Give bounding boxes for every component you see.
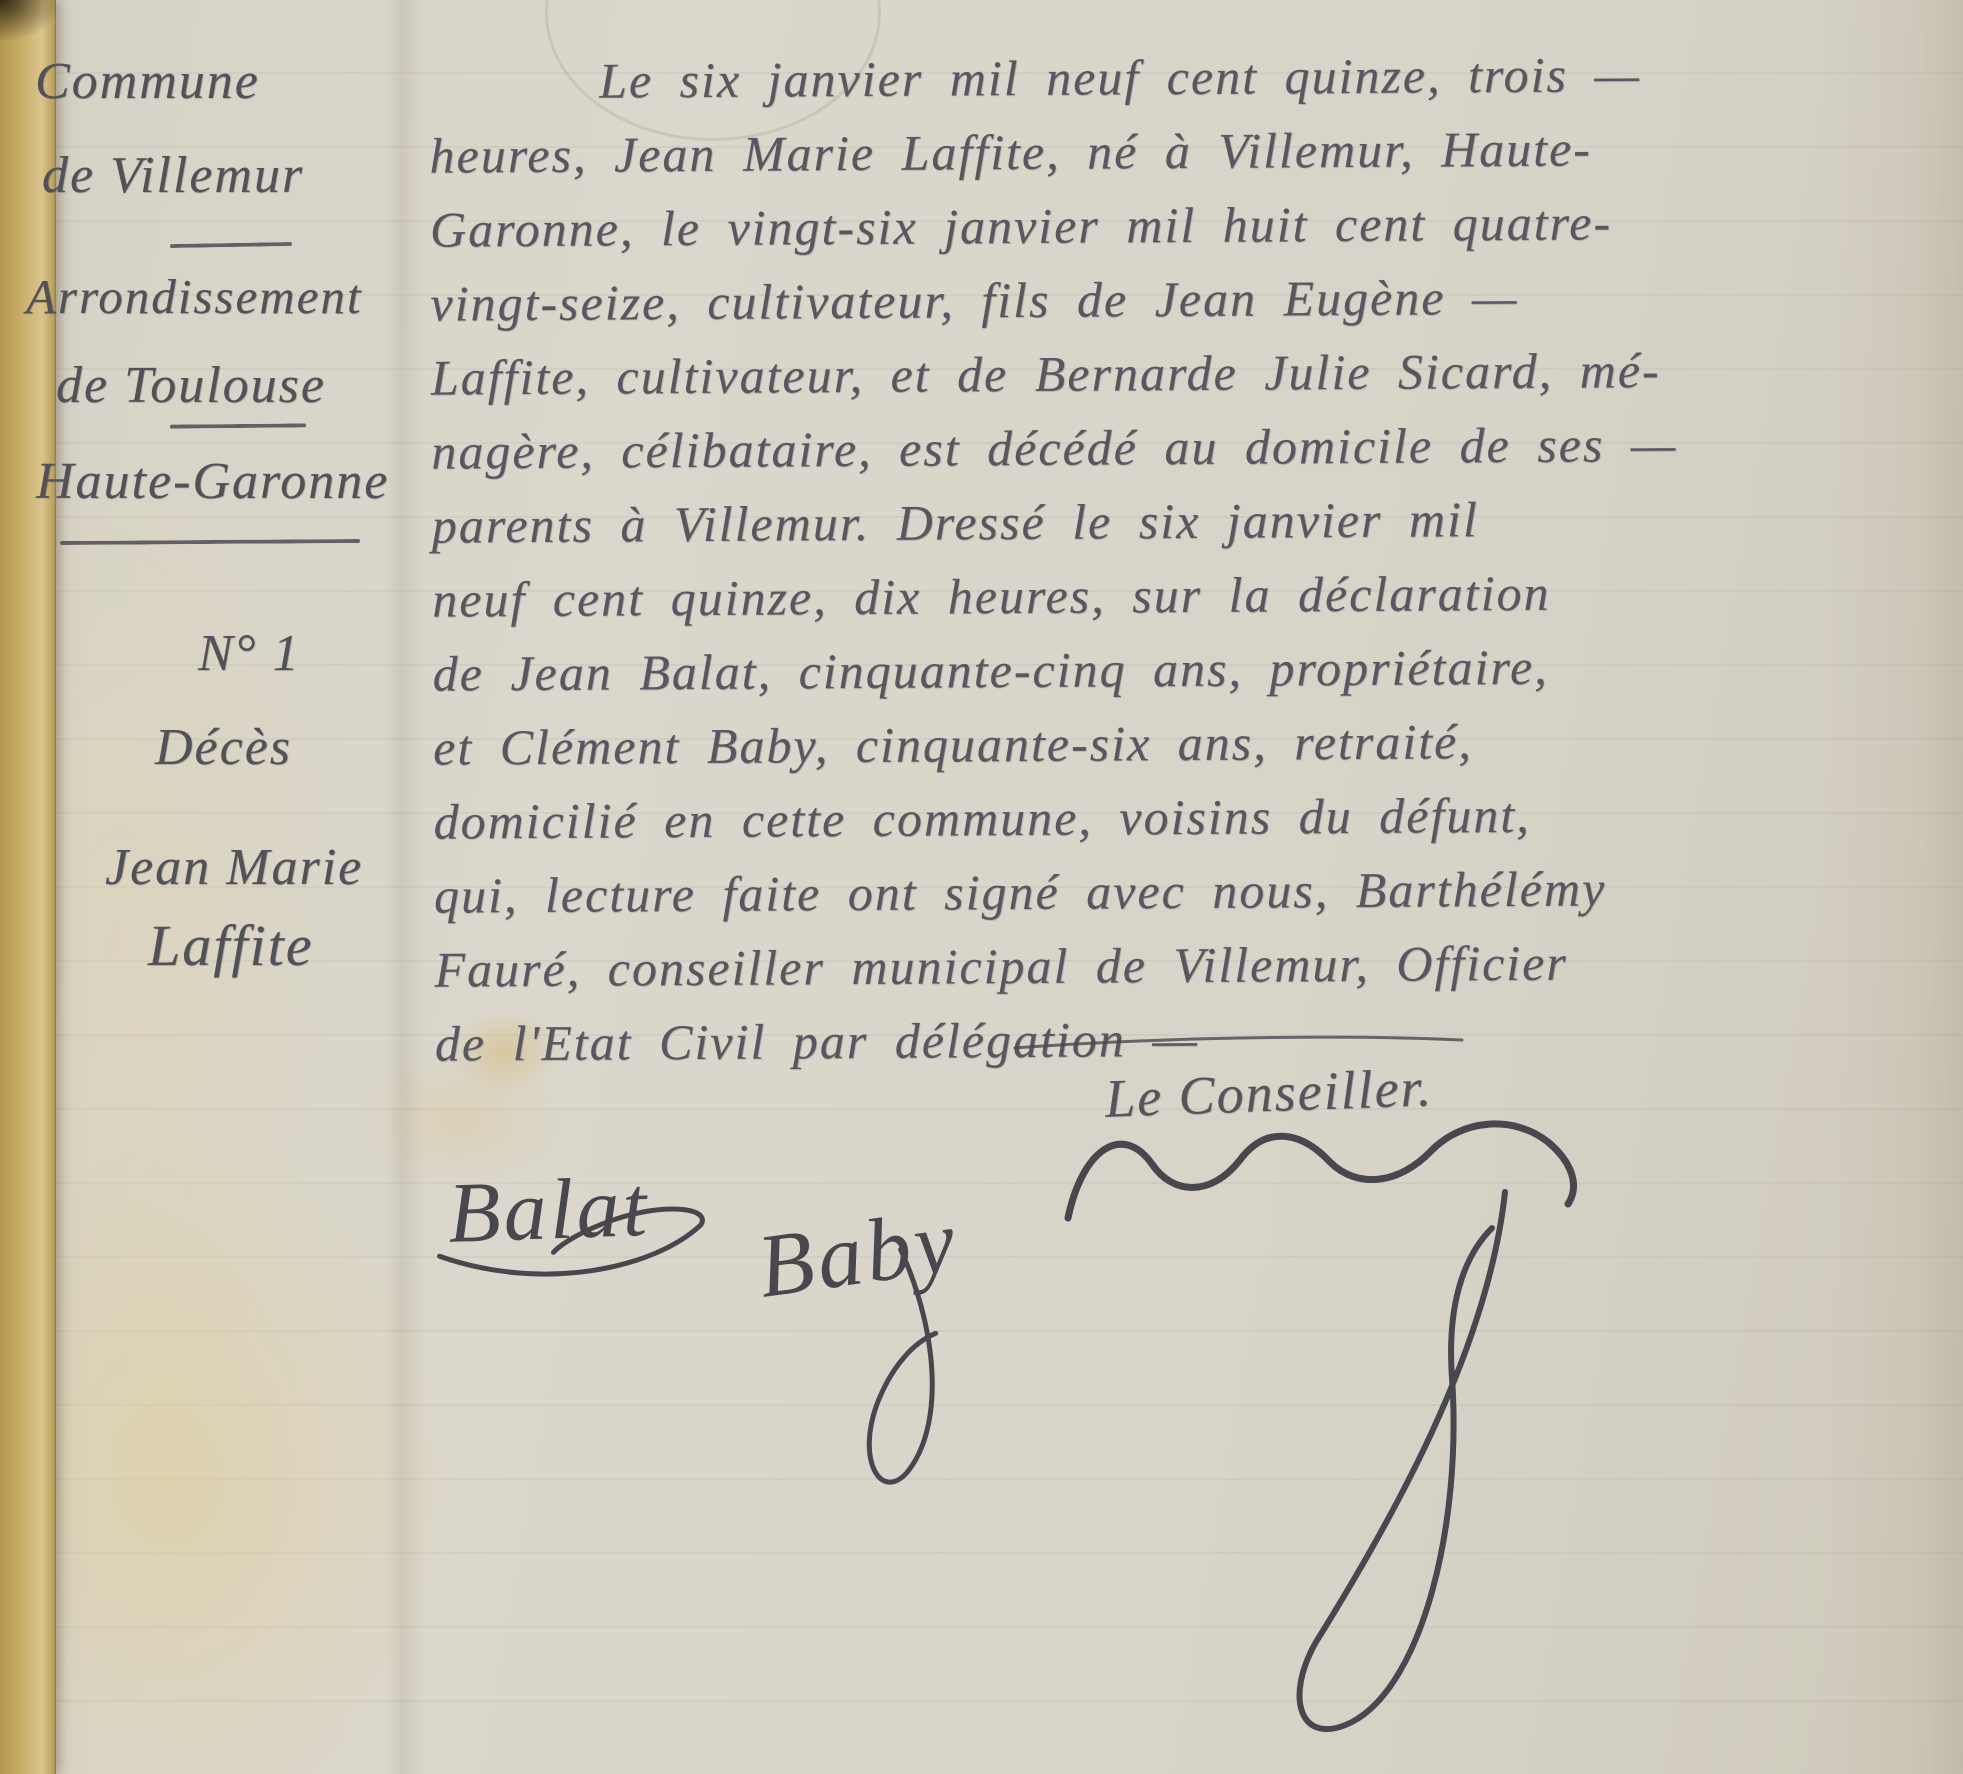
signature-officier-scrawl	[1068, 1124, 1574, 1218]
signature-officier-loop	[1300, 1192, 1505, 1729]
signatures-layer: Balat Baby	[0, 0, 1963, 1774]
register-page: Commune de Villemur Arrondissement de To…	[0, 0, 1963, 1774]
signature-balat-text: Balat	[446, 1158, 651, 1261]
signature-baby-text: Baby	[752, 1191, 965, 1317]
signature-balat: Balat	[436, 1156, 704, 1278]
signature-officier	[1068, 1124, 1574, 1729]
delegation-flourish	[1015, 1037, 1462, 1048]
signature-baby: Baby	[752, 1191, 990, 1496]
